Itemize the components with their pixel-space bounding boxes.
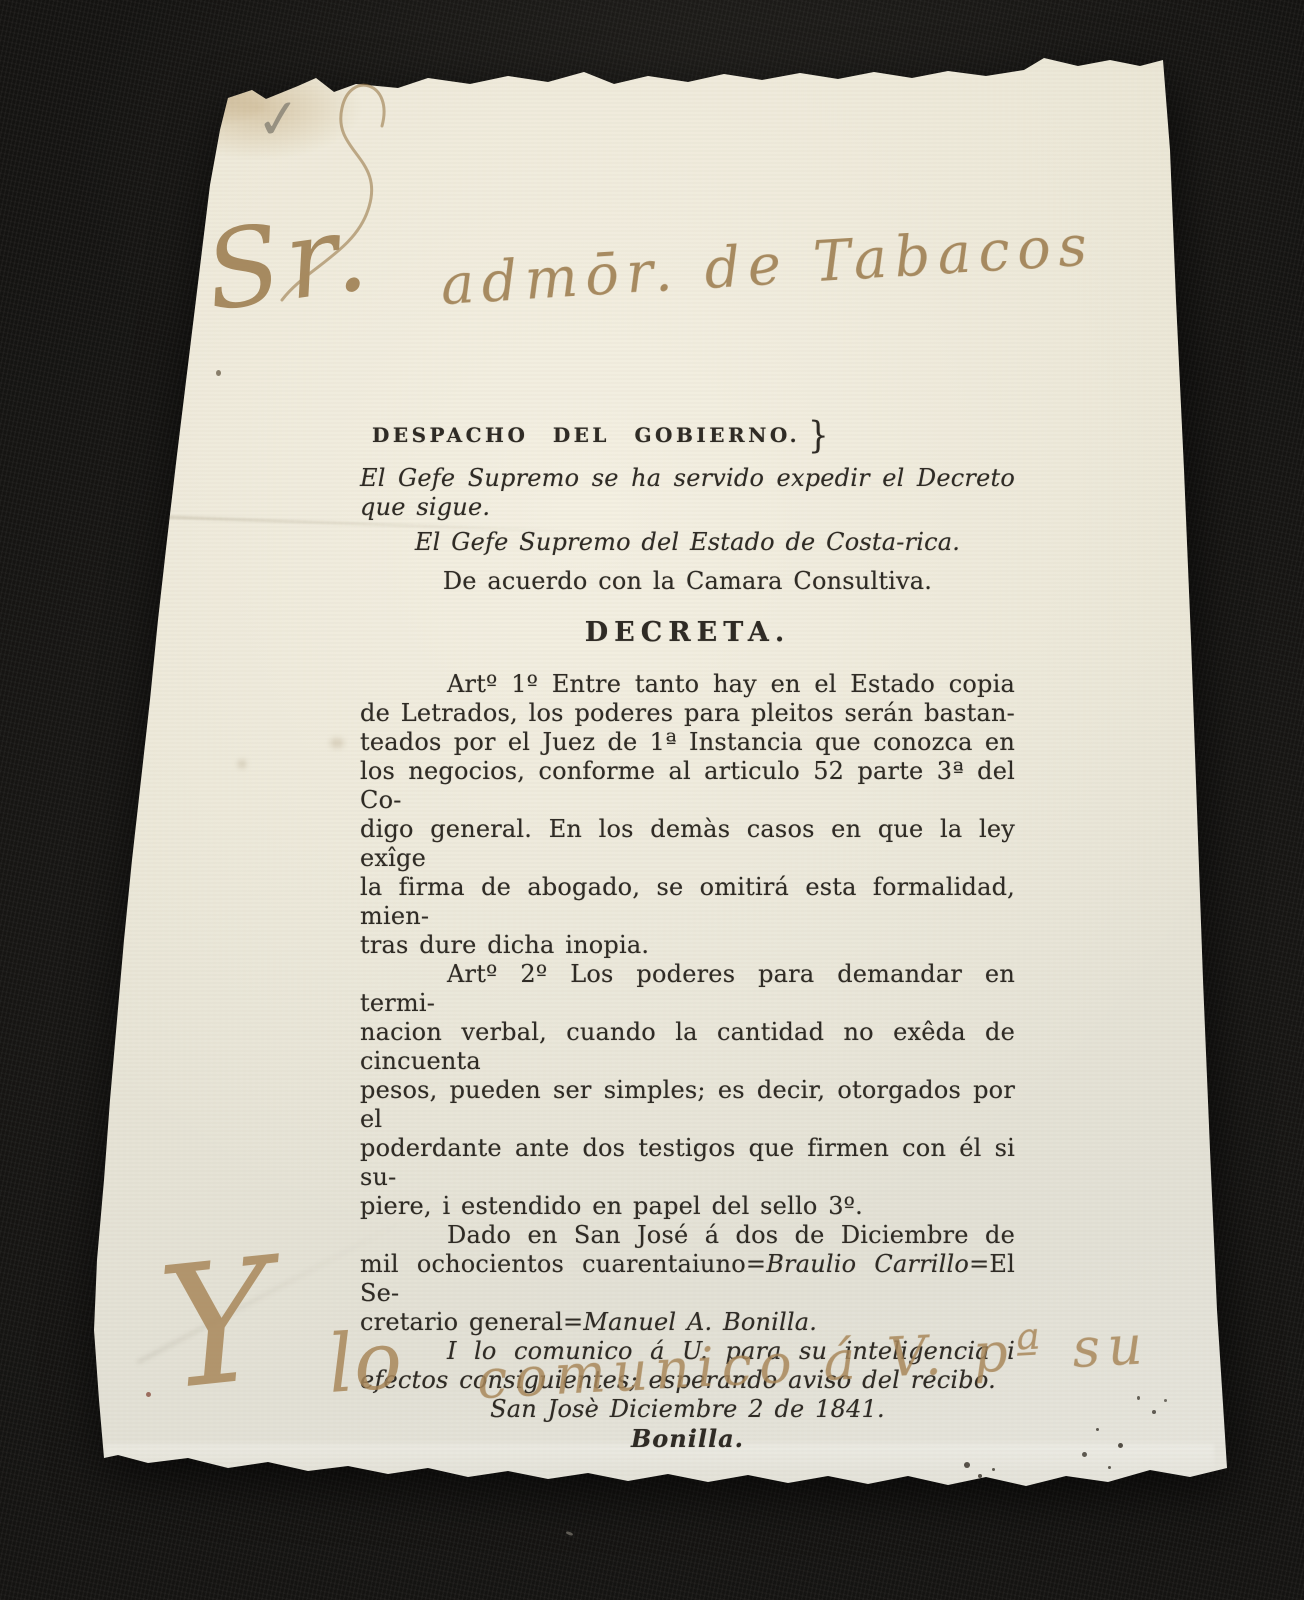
printed-line: tras dure dicha inopia. [360, 931, 1015, 960]
foxing-stain [238, 760, 246, 768]
printed-line: teados por el Juez de 1ª Instancia que c… [360, 728, 1015, 757]
printed-line: mil ochocientos cuarentaiuno=Braulio Car… [360, 1250, 1015, 1308]
ink-speck [1108, 1466, 1111, 1469]
office-heading-text: DESPACHO DEL GOBIERNO. [372, 421, 800, 450]
printed-line: nacion verbal, cuando la cantidad no exê… [360, 1018, 1015, 1076]
printed-line: la firma de abogado, se omitirá esta for… [360, 873, 1015, 931]
text-span: mil ochocientos cuarentaiuno= [360, 1250, 766, 1278]
printed-line: Artº 1º Entre tanto hay en el Estado cop… [360, 670, 1015, 699]
printed-decree: DESPACHO DEL GOBIERNO. } El Gefe Supremo… [360, 420, 1015, 1453]
date-line: San Josè Diciembre 2 de 1841. [360, 1395, 1015, 1424]
notice-paragraph: I lo comunico á U. para su inteligencia … [360, 1337, 1015, 1395]
red-speck [146, 1392, 151, 1397]
accord-line: De acuerdo con la Camara Consultiva. [360, 567, 1015, 596]
ink-speck [1096, 1428, 1099, 1431]
printed-line: de Letrados, los poderes para pleitos se… [360, 699, 1015, 728]
decree-heading: DECRETA. [360, 616, 1015, 650]
closing-paragraph: Dado en San José á dos de Diciembre demi… [360, 1221, 1015, 1337]
ink-speck [1164, 1399, 1167, 1402]
supreme-line: El Gefe Supremo del Estado de Costa-rica… [360, 528, 1015, 557]
printed-line: Artº 2º Los poderes para demandar en ter… [360, 960, 1015, 1018]
signature-line: Bonilla. [360, 1424, 1015, 1453]
text-span: Braulio Carrillo [766, 1250, 969, 1278]
printed-line: I lo comunico á U. para su inteligencia … [360, 1337, 1015, 1366]
text-span: cretario general= [360, 1308, 583, 1336]
foxing-stain [330, 738, 344, 748]
office-brace-glyph: } [808, 418, 828, 451]
foxing-speck [216, 370, 221, 376]
printed-line: piere, i estendido en papel del sello 3º… [360, 1192, 1015, 1221]
ink-speck [1118, 1443, 1123, 1448]
ink-speck [1137, 1396, 1140, 1400]
printed-line: que sigue. [360, 493, 1015, 522]
ink-speck [992, 1468, 995, 1471]
printed-line: los negocios, conforme al articulo 52 pa… [360, 757, 1015, 815]
printed-line: El Gefe Supremo se ha servido expedir el… [360, 464, 1015, 493]
printed-line: cretario general=Manuel A. Bonilla. [360, 1308, 1015, 1337]
photo-background: DESPACHO DEL GOBIERNO. } El Gefe Supremo… [0, 0, 1304, 1600]
ink-speck [1082, 1452, 1087, 1457]
printed-line: digo general. En los demàs casos en que … [360, 815, 1015, 873]
printed-line: efectos consiguientes; esperando aviso d… [360, 1366, 1015, 1395]
intro-paragraph: El Gefe Supremo se ha servido expedir el… [360, 464, 1015, 522]
printed-line: poderdante ante dos testigos que firmen … [360, 1134, 1015, 1192]
ink-speck [964, 1462, 970, 1468]
ink-speck [1152, 1410, 1156, 1414]
article-2-paragraph: Artº 2º Los poderes para demandar en ter… [360, 960, 1015, 1221]
article-1-paragraph: Artº 1º Entre tanto hay en el Estado cop… [360, 670, 1015, 960]
office-heading: DESPACHO DEL GOBIERNO. } [360, 420, 1015, 450]
printed-line: Dado en San José á dos de Diciembre de [360, 1221, 1015, 1250]
ink-speck [978, 1474, 982, 1478]
text-span: Manuel A. Bonilla. [583, 1308, 817, 1336]
printed-line: pesos, pueden ser simples; es decir, oto… [360, 1076, 1015, 1134]
